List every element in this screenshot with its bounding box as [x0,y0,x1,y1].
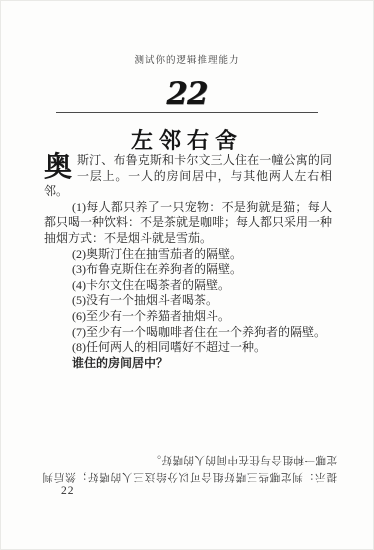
clue-item-7: (7)至少有一个喝咖啡者住在一个养狗者的隔壁。 [44,325,332,341]
puzzle-body: 奥斯汀、布鲁克斯和卡尔文三人住在一幢公寓的同一层上。一人的房间居中，与其他两人左… [44,153,332,371]
intro-paragraph: 奥斯汀、布鲁克斯和卡尔文三人住在一幢公寓的同一层上。一人的房间居中，与其他两人左… [44,153,332,200]
question-line: 谁住的房间居中？ [44,356,332,372]
running-header: 测试你的逻辑推理能力 [0,52,374,66]
clue-item-6: (6)至少有一个养猫者抽烟斗。 [44,309,332,325]
puzzle-title: 左邻右舍 [0,124,374,155]
divider-line [56,112,318,113]
clue-item-8: (8)任何两人的相同嗜好不超过一种。 [44,340,332,356]
clue-item-1: (1)每人都只养了一只宠物：不是狗就是猫；每人都只喝一种饮料：不是茶就是咖啡；每… [44,200,332,247]
page-number: 22 [61,485,75,497]
clue-item-3: (3)布鲁克斯住在养狗者的隔壁。 [44,262,332,278]
clue-item-2: (2)奥斯汀住在抽雪茄者的隔壁。 [44,247,332,263]
clue-item-5: (5)没有一个抽烟斗者喝茶。 [44,293,332,309]
puzzle-number-ornament: 22 [0,76,374,112]
hint-text-upside-down: 提示：判定哪些三嗜好组合可以分给这三人的嗜好；然后判定哪一种组合与住在中间的人的… [42,451,337,484]
clue-item-4: (4)卡尔文住在喝茶者的隔壁。 [44,278,332,294]
intro-text: 斯汀、布鲁克斯和卡尔文三人住在一幢公寓的同一层上。一人的房间居中，与其他两人左右… [44,153,332,198]
drop-cap: 奥 [44,153,77,183]
